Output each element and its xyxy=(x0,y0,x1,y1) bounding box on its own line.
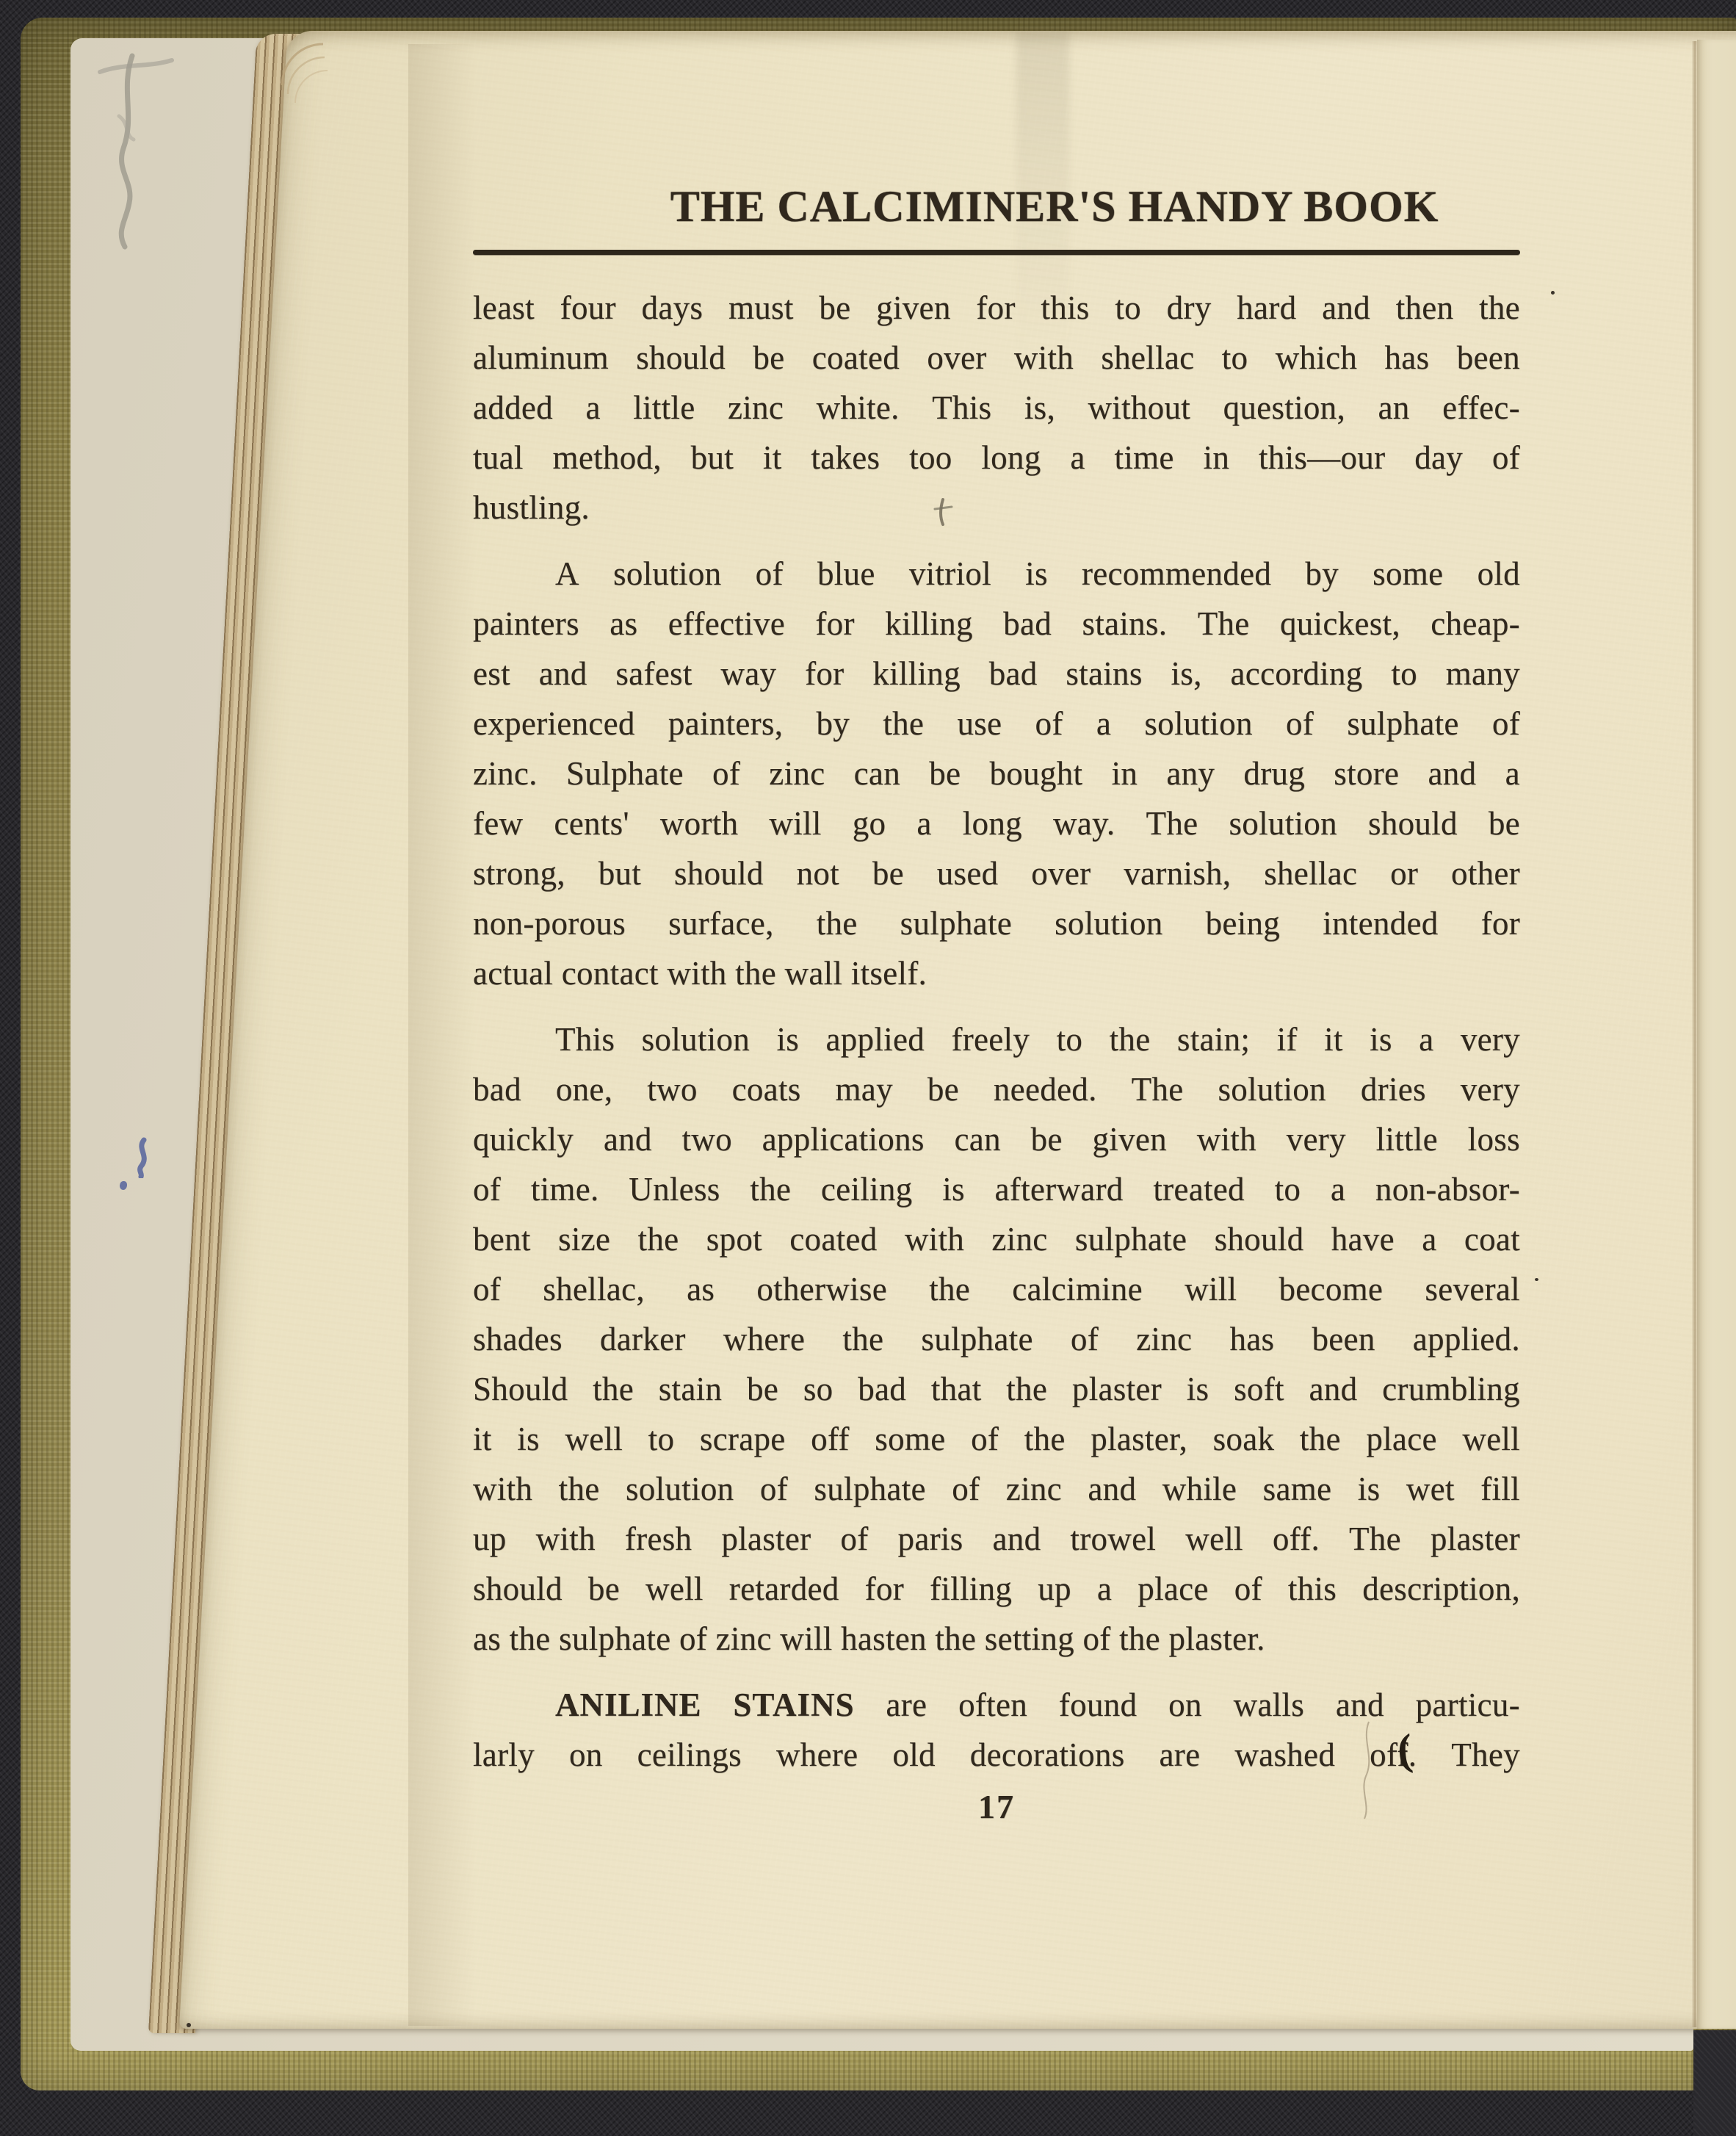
text-line: shouldbewellretardedforfillingupaplaceof… xyxy=(473,1564,1520,1614)
corner-page-edges xyxy=(279,32,389,142)
paper-fiber-mark xyxy=(1351,1719,1381,1822)
next-page-edge xyxy=(1697,40,1736,2029)
text-line: badone,twocoatsmaybeneeded.Thesolutiondr… xyxy=(473,1064,1520,1114)
text-line: bentsizethespotcoatedwithzincsulphatesho… xyxy=(473,1214,1520,1264)
text-line: oftime.Unlesstheceilingisafterwardtreate… xyxy=(473,1164,1520,1214)
paragraph: Asolutionofbluevitriolisrecommendedbysom… xyxy=(473,549,1520,998)
paragraph: leastfourdaysmustbegivenforthistodryhard… xyxy=(473,283,1520,533)
text-line: Thissolutionisappliedfreelytothestain;if… xyxy=(473,1014,1520,1064)
cover-corner-gap xyxy=(1693,2030,1736,2136)
text-line: tualmethod,butittakestoolongatimeinthis—… xyxy=(473,433,1520,483)
text-line: fewcents'worthwillgoalongway.Thesolution… xyxy=(473,798,1520,848)
text-line: as the sulphate of zinc will hasten the … xyxy=(473,1614,1520,1664)
text-line: strong,butshouldnotbeusedovervarnish,she… xyxy=(473,848,1520,898)
text-line: Shouldthestainbesobadthattheplasterissof… xyxy=(473,1364,1520,1414)
text-line: hustling. xyxy=(473,483,1520,533)
text-column: THE CALCIMINER'S HANDY BOOK leastfourday… xyxy=(473,0,1520,1826)
running-head: THE CALCIMINER'S HANDY BOOK xyxy=(531,181,1578,232)
text-line: ofshellac,asotherwisethecalciminewillbec… xyxy=(473,1264,1520,1314)
text-line: actual contact with the wall itself. xyxy=(473,948,1520,998)
paper-speck xyxy=(1535,1278,1538,1281)
paper-speck xyxy=(1551,291,1555,295)
page-text: leastfourdaysmustbegivenforthistodryhard… xyxy=(473,283,1520,1780)
paragraph: Thissolutionisappliedfreelytothestain;if… xyxy=(473,1014,1520,1664)
text-line: upwithfreshplasterofparisandtrowelwellof… xyxy=(473,1514,1520,1564)
text-line: estandsafestwayforkillingbadstainsis,acc… xyxy=(473,649,1520,699)
scanned-book-photo: THE CALCIMINER'S HANDY BOOK leastfourday… xyxy=(0,0,1736,2136)
paper-speck xyxy=(187,2023,191,2027)
title-rule xyxy=(473,250,1520,255)
gutter-shadow xyxy=(408,44,476,2026)
page-edge-crease xyxy=(1692,41,1697,2027)
text-line: Asolutionofbluevitriolisrecommendedbysom… xyxy=(473,549,1520,599)
text-line: withthesolutionofsulphateofzincandwhiles… xyxy=(473,1464,1520,1514)
text-line: aluminumshouldbecoatedoverwithshellactow… xyxy=(473,333,1520,383)
text-line: zinc.Sulphateofzinccanbeboughtinanydrugs… xyxy=(473,748,1520,798)
text-line: experiencedpainters,bytheuseofasolutiono… xyxy=(473,699,1520,748)
ink-smudge-mark xyxy=(930,497,956,529)
text-line: itiswelltoscrapeoffsomeoftheplaster,soak… xyxy=(473,1414,1520,1464)
text-line: addedalittlezincwhite.Thisis,withoutques… xyxy=(473,383,1520,433)
text-line: quicklyandtwoapplicationscanbegivenwithv… xyxy=(473,1114,1520,1164)
blue-ink-mark xyxy=(132,1137,157,1178)
text-line: non-poroussurface,thesulphatesolutionbei… xyxy=(473,898,1520,948)
text-line: leastfourdaysmustbegivenforthistodryhard… xyxy=(473,283,1520,333)
text-line: paintersaseffectiveforkillingbadstains.T… xyxy=(473,599,1520,649)
pencil-scribble-mark xyxy=(87,46,182,266)
text-line: shadesdarkerwherethesulphateofzinchasbee… xyxy=(473,1314,1520,1364)
